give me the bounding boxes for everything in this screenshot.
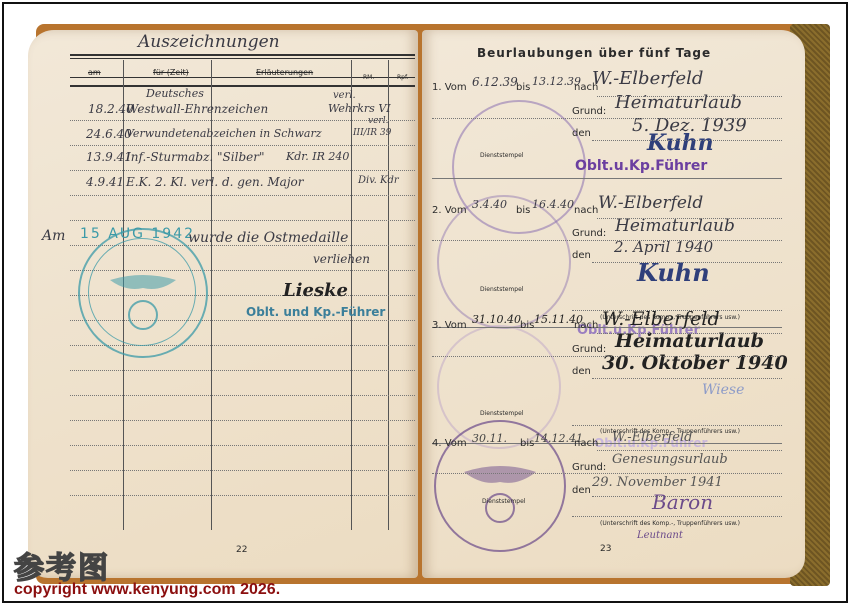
dotted-line — [597, 333, 782, 334]
page-number: 22 — [236, 545, 247, 555]
award-date: 13.9.41 — [86, 150, 132, 164]
col-header-am: am — [88, 68, 101, 77]
award-date: 24.6.40 — [86, 127, 132, 141]
signature: Baron — [652, 490, 713, 514]
entry-number: 4. — [432, 438, 442, 449]
signature: Lieske — [283, 280, 348, 301]
dotted-line — [592, 496, 782, 497]
watermark-copyright: copyright www.kenyung.com 2026. — [14, 581, 280, 599]
label-den: den — [572, 366, 591, 377]
label-grund: Grund: — [572, 228, 606, 239]
entry-text: wurde die Ostmedaille — [188, 230, 348, 246]
label-den: den — [572, 485, 591, 496]
dotted-line — [592, 378, 782, 379]
from-date: 6.12.39 — [472, 75, 518, 89]
dotted-line — [597, 218, 782, 219]
award-text: Westwall-Ehrenzeichen — [126, 102, 268, 116]
label-vom: Vom — [445, 438, 467, 449]
entry-prefix: Am — [42, 228, 65, 244]
dotted-line — [70, 395, 415, 396]
label-vom: Vom — [445, 320, 467, 331]
label-dienststempel: Dienststempel — [480, 410, 523, 417]
award-text: Inf.-Sturmabz. "Silber" — [126, 150, 264, 164]
from-date: 3.4.40 — [472, 198, 507, 211]
entry-number: 3. — [432, 320, 442, 331]
label-unterschrift: (Unterschrift des Komp.-, Truppenführers… — [600, 520, 740, 527]
dotted-line — [572, 516, 782, 517]
award-text: E.K. 2. Kl. verl. d. gen. Major — [126, 175, 304, 189]
dotted-line — [70, 195, 415, 196]
label-bis: bis — [520, 320, 534, 331]
col-header-fuer: für (Zeit) — [153, 68, 189, 77]
label-nach: nach — [574, 320, 598, 331]
left-page-title: Auszeichnungen — [138, 32, 280, 52]
official-stamp-teal — [78, 228, 208, 358]
table-head-rule — [70, 85, 415, 87]
strike-rule — [70, 77, 415, 78]
dotted-line — [432, 240, 782, 241]
page-number: 23 — [600, 544, 611, 554]
award-note: III/IR 39 — [353, 128, 391, 138]
dotted-line — [70, 145, 415, 146]
destination: W.-Elberfeld — [598, 193, 703, 213]
rank-stamp: Oblt.u.Kp.Führer — [575, 158, 707, 174]
label-nach: nach — [574, 205, 598, 216]
label-den: den — [572, 250, 591, 261]
signature: Wiese — [702, 382, 744, 398]
label-bis: bis — [516, 82, 530, 93]
destination: W.-Elberfeld — [592, 68, 703, 89]
label-bis: bis — [520, 438, 534, 449]
dotted-line — [70, 470, 415, 471]
dotted-line — [592, 140, 782, 141]
dotted-line — [70, 370, 415, 371]
entry-number: 2. — [432, 205, 442, 216]
label-nach: nach — [574, 438, 598, 449]
issue-date: 29. November 1941 — [592, 475, 723, 490]
dotted-line — [70, 170, 415, 171]
award-text: Verwundetenabzeichen in Schwarz — [126, 127, 322, 140]
label-dienststempel: Dienststempel — [480, 286, 523, 293]
label-vom: Vom — [445, 82, 467, 93]
dotted-line — [70, 445, 415, 446]
label-bis: bis — [516, 205, 530, 216]
label-vom: Vom — [445, 205, 467, 216]
award-note: Div. Kdr — [358, 175, 399, 186]
rank-text: Leutnant — [637, 530, 683, 541]
rank-stamp: Oblt. und Kp.-Führer — [246, 305, 385, 319]
entry-divider — [432, 178, 782, 179]
dotted-line — [432, 356, 782, 357]
reason: Genesungsurlaub — [612, 452, 728, 467]
dotted-line — [70, 420, 415, 421]
eagle-icon — [80, 230, 206, 356]
destination: W.-Elberfeld — [612, 430, 692, 445]
dotted-line — [432, 473, 782, 474]
reason: Heimaturlaub — [615, 216, 735, 236]
right-page-title: Beurlaubungen über fünf Tage — [477, 46, 711, 60]
dotted-line — [70, 120, 415, 121]
award-note-top: verl. — [333, 90, 356, 101]
signature: Kuhn — [647, 130, 714, 156]
dotted-line — [572, 425, 782, 426]
dotted-line — [597, 450, 782, 451]
award-text-top: Deutsches — [146, 87, 204, 100]
award-note: Kdr. IR 240 — [286, 150, 349, 163]
label-den: den — [572, 128, 591, 139]
header-rule — [70, 58, 415, 59]
entry-number: 1. — [432, 82, 442, 93]
destination: W.-Elberfeld — [602, 308, 720, 330]
label-grund: Grund: — [572, 462, 606, 473]
from-date: 30.11. — [472, 432, 507, 445]
award-note: Wehrkrs VI — [328, 102, 391, 115]
label-dienststempel: Dienststempel — [482, 498, 525, 505]
label-dienststempel: Dienststempel — [480, 152, 523, 159]
dotted-line — [592, 262, 782, 263]
award-date: 4.9.41 — [86, 175, 124, 189]
label-grund: Grund: — [572, 106, 606, 117]
left-page: Auszeichnungen am für (Zeit) Erläuterung… — [28, 30, 418, 578]
award-note-top: verl. — [368, 116, 388, 126]
header-rule — [70, 54, 415, 56]
right-page: Beurlaubungen über fünf Tage 1. Vom 6.12… — [422, 30, 805, 578]
dotted-line — [597, 96, 782, 97]
dotted-line — [432, 118, 782, 119]
dotted-line — [70, 495, 415, 496]
from-date: 31.10.40 — [472, 313, 521, 326]
col-header-erlaeuterungen: Erläuterungen — [256, 68, 313, 77]
entry-text-2: verliehen — [313, 252, 370, 266]
dotted-line — [70, 220, 415, 221]
to-date: 16.4.40 — [532, 198, 574, 211]
